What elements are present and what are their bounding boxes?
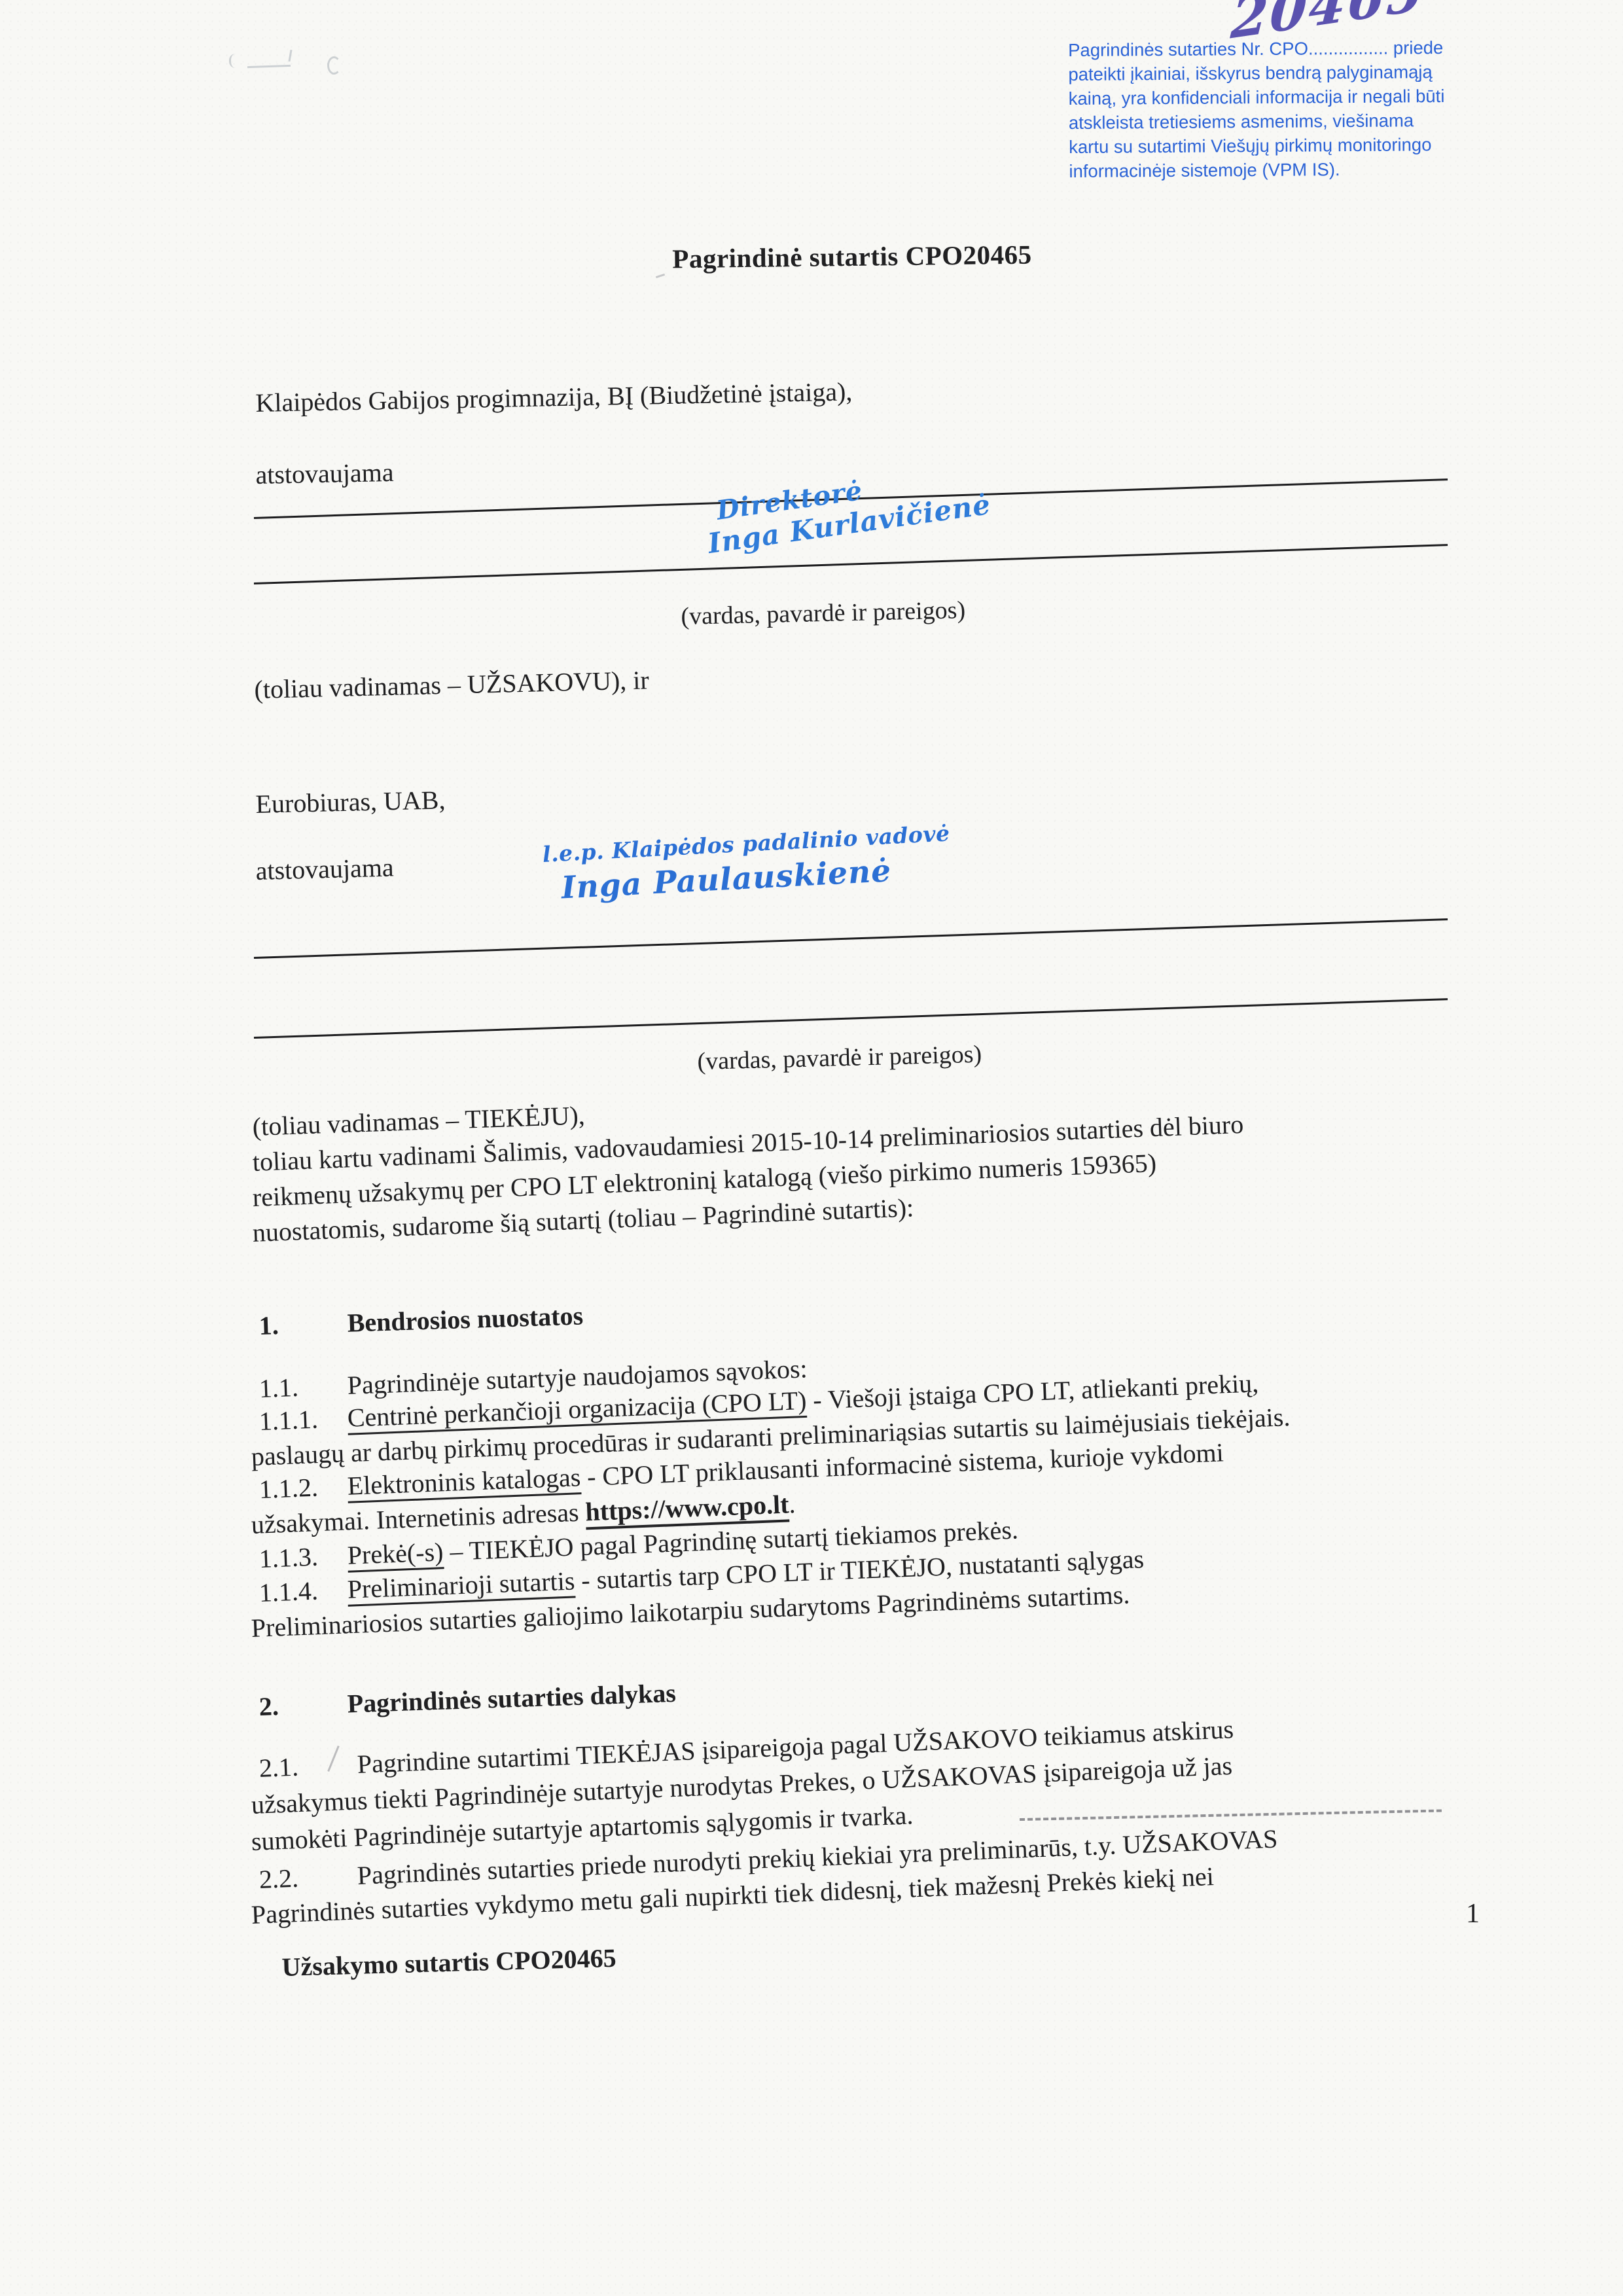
supplier-name: Eurobiuras, UAB, xyxy=(255,784,446,819)
document-title: Pagrindinė sutartis CPO20465 xyxy=(41,231,1623,282)
buyer-signature-stamp: Direktorė Inga Kurlavičienė xyxy=(702,457,993,560)
clause-1-1-3-term: Prekė(-s) xyxy=(347,1537,444,1573)
stamp-line-5: kartu su sutartimi Viešųjų pirkimų monit… xyxy=(1069,132,1527,159)
section-2-heading-text: Pagrindinės sutarties dalykas xyxy=(347,1678,677,1719)
clause-1-1-4-term: Preliminarioji sutartis xyxy=(347,1566,575,1606)
handwritten-contract-number: 20465 xyxy=(1230,0,1426,32)
clause-1-1-number: 1.1. xyxy=(259,1370,348,1404)
scanned-contract-page: Pagrindinės sutarties Nr. CPO...........… xyxy=(0,0,1623,2296)
section-1-heading-text: Bendrosios nuostatos xyxy=(347,1300,584,1337)
pencil-mark-c2 xyxy=(327,56,341,75)
name-caption-2: (vardas, pavardė ir pareigos) xyxy=(697,1040,982,1077)
pencil-mark-line xyxy=(247,65,291,68)
buyer-name: Klaipėdos Gabijos progimnazija, BĮ (Biud… xyxy=(255,376,853,418)
clause-1-1-2-number: 1.1.2. xyxy=(259,1471,348,1505)
footer-contract-label: Užsakymo sutartis CPO20465 xyxy=(281,1943,616,1982)
section-2-heading: 2.Pagrindinės sutarties dalykas xyxy=(259,1677,677,1722)
clause-1-1-4-number: 1.1.4. xyxy=(259,1574,348,1608)
name-caption-1: (vardas, pavardė ir pareigos) xyxy=(681,596,966,632)
section-2-number: 2. xyxy=(259,1689,348,1723)
clause-2-1-number: 2.1. xyxy=(259,1749,358,1784)
stamp-dotted-line: ................ xyxy=(1308,38,1388,59)
represented-by-label-1: atstovaujama xyxy=(255,457,394,490)
supplier-signature-stamp: l.e.p. Klaipėdos padalinio vadovė Inga P… xyxy=(542,820,953,906)
represented-by-label-2: atstovaujama xyxy=(255,852,394,886)
clause-1-1-1-number: 1.1.1. xyxy=(259,1403,348,1437)
stamp-line-4: atskleista tretiesiems asmenims, viešina… xyxy=(1069,107,1527,135)
confidentiality-stamp: Pagrindinės sutarties Nr. CPO...........… xyxy=(1068,35,1527,183)
stamp-line-2: pateikti įkainiai, išskyrus bendrą palyg… xyxy=(1068,59,1526,86)
stamp-line-1-suffix: priede xyxy=(1388,37,1443,58)
signature-rule-4 xyxy=(254,998,1448,1039)
signature-rule-3 xyxy=(254,918,1448,959)
page-number: 1 xyxy=(1466,1898,1480,1929)
buyer-alias: (toliau vadinamas – UŽSAKOVU), ir xyxy=(254,664,649,705)
section-1-number: 1. xyxy=(259,1308,348,1341)
pencil-mark-tick xyxy=(288,50,292,62)
stamp-line-6: informacinėje sistemoje (VPM IS). xyxy=(1069,156,1527,183)
signature-rule-2 xyxy=(254,544,1448,584)
pencil-mark-c1 xyxy=(229,54,241,68)
clause-1-1-2-term: Elektroninis katalogas xyxy=(347,1462,581,1503)
clause-2-2-number: 2.2. xyxy=(259,1860,358,1895)
section-1-heading: 1.Bendrosios nuostatos xyxy=(259,1300,584,1341)
stamp-line-3: kainą, yra konfidenciali informacija ir … xyxy=(1069,83,1527,111)
clause-1-1-3-number: 1.1.3. xyxy=(259,1540,348,1574)
clause-1-1-2-line-2-suffix: . xyxy=(789,1489,796,1518)
scan-dashed-artifact xyxy=(1020,1809,1442,1821)
